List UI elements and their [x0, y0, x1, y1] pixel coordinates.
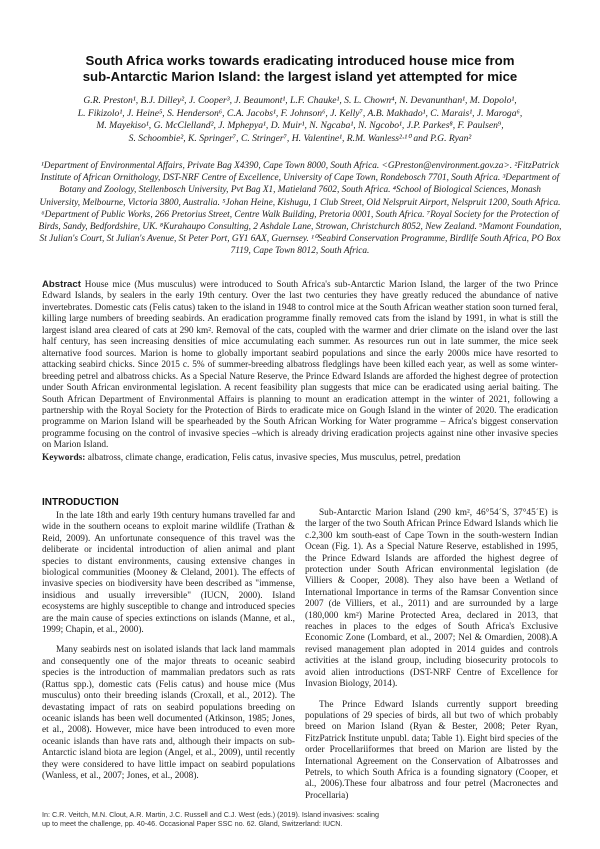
- title-line-2: sub-Antarctic Marion Island: the largest…: [40, 69, 560, 85]
- right-column: Sub-Antarctic Marion Island (290 km², 46…: [305, 508, 558, 811]
- keywords-text: albatross, climate change, eradication, …: [88, 453, 461, 463]
- author-line-3: M. Mayekiso¹, G. McClelland², J. Mphepya…: [30, 120, 570, 133]
- footer-line-1: In: C.R. Veitch, M.N. Clout, A.R. Martin…: [42, 810, 442, 819]
- footer-line-2: up to meet the challenge, pp. 40-46. Occ…: [42, 819, 442, 828]
- section-heading-introduction: INTRODUCTION: [42, 497, 295, 509]
- keywords-label: Keywords:: [42, 453, 85, 463]
- paragraph: In the late 18th and early 19th century …: [42, 511, 295, 636]
- abstract-text: House mice (Mus musculus) were introduce…: [42, 280, 558, 450]
- abstract-label: Abstract: [42, 279, 81, 290]
- author-line-2: L. Fikizolo¹, J. Heine⁵, S. Henderson⁶, …: [30, 108, 570, 121]
- affiliations: ¹Department of Environmental Affairs, Pr…: [38, 160, 562, 258]
- keywords: Keywords: albatross, climate change, era…: [42, 452, 558, 464]
- author-line-4: S. Schoombie², K. Springer⁷, C. Stringer…: [30, 133, 570, 146]
- paragraph: Sub-Antarctic Marion Island (290 km², 46…: [305, 508, 558, 691]
- left-column: INTRODUCTION In the late 18th and early …: [42, 497, 295, 791]
- paragraph: The Prince Edward Islands currently supp…: [305, 700, 558, 803]
- paragraph: Many seabirds nest on isolated islands t…: [42, 645, 295, 782]
- citation-footer: In: C.R. Veitch, M.N. Clout, A.R. Martin…: [42, 810, 442, 828]
- abstract: Abstract House mice (Mus musculus) were …: [42, 279, 558, 452]
- author-list: G.R. Preston¹, B.J. Dilley², J. Cooper³,…: [30, 95, 570, 145]
- author-line-1: G.R. Preston¹, B.J. Dilley², J. Cooper³,…: [30, 95, 570, 108]
- paper-title: South Africa works towards eradicating i…: [40, 53, 560, 84]
- paper-page: South Africa works towards eradicating i…: [0, 0, 600, 849]
- title-line-1: South Africa works towards eradicating i…: [40, 53, 560, 69]
